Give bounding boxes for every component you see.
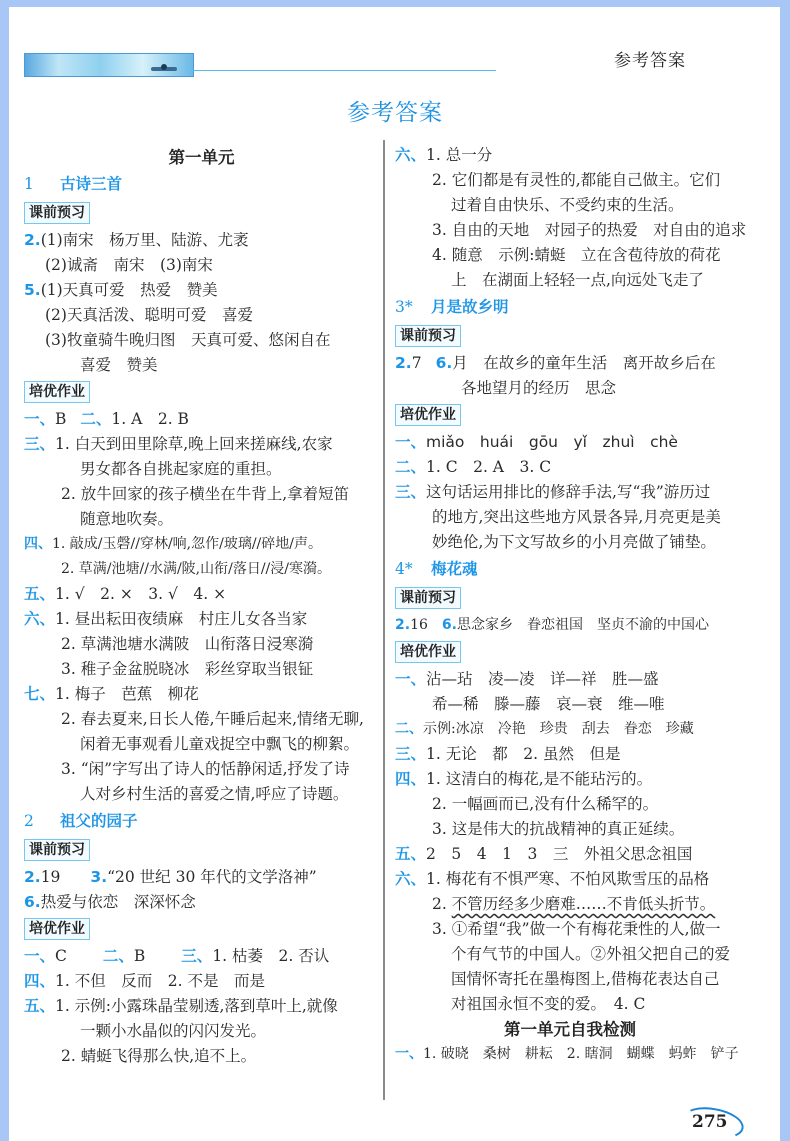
answer-line: 七、1. 梅子 芭蕉 柳花 <box>24 682 379 707</box>
preview-tag: 课前预习 <box>395 325 461 347</box>
answer-line: 2. 不管历经多少磨难……不肯低头折节。 <box>395 892 745 917</box>
answer-line: 3. ①希望“我”做一个有梅花秉性的人,做一 <box>395 917 745 942</box>
answer-line: (2)诚斋 南宋 (3)南宋 <box>24 253 379 278</box>
answer-line: 6.热爱与依恋 深深怀念 <box>24 890 379 915</box>
answer-line: 六、1. 总一分 <box>395 143 745 168</box>
answer-line: 人对乡村生活的喜爱之情,呼应了诗题。 <box>24 782 379 807</box>
answer-line: 二、示例:冰凉 冷艳 珍贵 刮去 眷恋 珍藏 <box>395 717 745 742</box>
answer-line: 一、沾—玷 凌—凌 详—祥 胜—盛 <box>395 667 745 692</box>
answer-line: 一、1. 破晓 桑树 耕耘 2. 瞎洞 蝴蝶 蚂蚱 铲子 <box>395 1042 745 1067</box>
lesson-heading-1: 1古诗三首 <box>24 172 379 197</box>
answer-line: 各地望月的经历 思念 <box>395 376 745 401</box>
answer-line: 六、1. 昼出耘田夜绩麻 村庄儿女各当家 <box>24 607 379 632</box>
answer-line: 2. 草满/池塘//水满/陂,山衔/落日//浸/寒漪。 <box>24 557 379 582</box>
answer-line: 5.(1)天真可爱 热爱 赞美 <box>24 278 379 303</box>
answer-line: 对祖国永恒不变的爱。 4. C <box>395 992 745 1017</box>
answer-line: 三、这句话运用排比的修辞手法,写“我”游历过 <box>395 480 745 505</box>
answer-line: 的地方,突出这些地方风景各异,月亮更是美 <box>395 505 745 530</box>
answer-line: 三、1. 无论 都 2. 虽然 但是 <box>395 742 745 767</box>
answer-line: 五、1. √ 2. × 3. √ 4. × <box>24 582 379 607</box>
self-test-title: 第一单元自我检测 <box>395 1017 745 1042</box>
answer-line: 一、miǎo huái gōu yǐ zhuì chè <box>395 430 745 455</box>
answer-line: 男女都各自挑起家庭的重担。 <box>24 457 379 482</box>
answer-line: 随意地吹奏。 <box>24 507 379 532</box>
left-column: 第一单元 1古诗三首 课前预习 2.(1)南宋 杨万里、陆游、尤袤 (2)诚斋 … <box>24 143 379 1069</box>
answer-line: 闲着无事观看儿童戏捉空中飘飞的柳絮。 <box>24 732 379 757</box>
answer-line: (2)天真活泼、聪明可爱 喜爱 <box>24 303 379 328</box>
lesson-heading-2: 2祖父的园子 <box>24 809 379 834</box>
answer-line: 2. 草满池塘水满陂 山衔落日浸寒漪 <box>24 632 379 657</box>
column-divider <box>383 140 385 1100</box>
answer-line: 喜爱 赞美 <box>24 353 379 378</box>
right-column: 六、1. 总一分 2. 它们都是有灵性的,都能自己做主。它们 过着自由快乐、不受… <box>395 143 745 1067</box>
wavy-underlined-text: 不管历经多少磨难……不肯低头折节。 <box>452 895 716 913</box>
preview-tag: 课前预习 <box>395 587 461 609</box>
homework-tag: 培优作业 <box>24 918 90 940</box>
answer-line: 2. 蜻蜓飞得那么快,追不上。 <box>24 1044 379 1069</box>
answer-line: 过着自由快乐、不受约束的生活。 <box>395 193 745 218</box>
answer-line: 六、1. 梅花有不惧严寒、不怕风欺雪压的品格 <box>395 867 745 892</box>
answer-line: 五、2 5 4 1 3 三 外祖父思念祖国 <box>395 842 745 867</box>
answer-line: 一、B二、1. A 2. B <box>24 407 379 432</box>
lesson-heading-3: 3*月是故乡明 <box>395 295 745 320</box>
homework-tag: 培优作业 <box>395 641 461 663</box>
preview-tag: 课前预习 <box>24 202 90 224</box>
answer-line: 2. 放牛回家的孩子横坐在牛背上,拿着短笛 <box>24 482 379 507</box>
answer-line: 4. 随意 示例:蜻蜓 立在含苞待放的荷花 <box>395 243 745 268</box>
answer-line: 2.(1)南宋 杨万里、陆游、尤袤 <box>24 228 379 253</box>
answer-line: 2.76.月 在故乡的童年生活 离开故乡后在 <box>395 351 745 376</box>
page-title: 参考答案 <box>0 94 790 127</box>
answer-line: 国情怀寄托在墨梅图上,借梅花表达自己 <box>395 967 745 992</box>
answer-line: 希—稀 滕—藤 哀—衰 维—唯 <box>395 692 745 717</box>
boat-icon <box>151 67 177 71</box>
answer-line: 3. “闲”字写出了诗人的恬静闲适,抒发了诗 <box>24 757 379 782</box>
answer-line: 五、1. 示例:小露珠晶莹剔透,落到草叶上,就像 <box>24 994 379 1019</box>
answer-line: 2. 一幅画而已,没有什么稀罕的。 <box>395 792 745 817</box>
lesson-heading-4: 4*梅花魂 <box>395 557 745 582</box>
answer-line: (3)牧童骑牛晚归图 天真可爱、悠闲自在 <box>24 328 379 353</box>
answer-line: 2.166.思念家乡 眷恋祖国 坚贞不渝的中国心 <box>395 613 745 638</box>
running-head: 参考答案 <box>614 46 686 71</box>
answer-line: 3. 稚子金盆脱晓冰 彩丝穿取当银钲 <box>24 657 379 682</box>
answer-line: 2. 春去夏来,日长人倦,午睡后起来,情绪无聊, <box>24 707 379 732</box>
answer-line: 二、1. C 2. A 3. C <box>395 455 745 480</box>
answer-line: 四、1. 不但 反而 2. 不是 而是 <box>24 969 379 994</box>
answer-line: 2. 它们都是有灵性的,都能自己做主。它们 <box>395 168 745 193</box>
answer-line: 3. 这是伟大的抗战精神的真正延续。 <box>395 817 745 842</box>
page-number: 275 <box>692 1112 728 1132</box>
preview-tag: 课前预习 <box>24 839 90 861</box>
answer-line: 一颗小水晶似的闪闪发光。 <box>24 1019 379 1044</box>
header-rule <box>192 70 496 71</box>
homework-tag: 培优作业 <box>24 381 90 403</box>
answer-line: 妙绝伦,为下文写故乡的小月亮做了铺垫。 <box>395 530 745 555</box>
answer-line: 3. 自由的天地 对园子的热爱 对自由的追求 <box>395 218 745 243</box>
answer-line: 上 在湖面上轻轻一点,向远处飞走了 <box>395 268 745 293</box>
answer-line: 三、1. 白天到田里除草,晚上回来搓麻线,农家 <box>24 432 379 457</box>
homework-tag: 培优作业 <box>395 404 461 426</box>
answer-line: 四、1. 这清白的梅花,是不能玷污的。 <box>395 767 745 792</box>
answer-line: 四、1. 敲成/玉磬//穿林/响,忽作/玻璃//碎地/声。 <box>24 532 379 557</box>
answer-line: 一、C二、B三、1. 枯萎 2. 否认 <box>24 944 379 969</box>
unit-title: 第一单元 <box>24 145 379 170</box>
answer-line: 个有气节的中国人。②外祖父把自己的爱 <box>395 942 745 967</box>
landscape-banner-icon <box>24 53 194 77</box>
answer-line: 2.193.“20 世纪 30 年代的文学洛神” <box>24 865 379 890</box>
